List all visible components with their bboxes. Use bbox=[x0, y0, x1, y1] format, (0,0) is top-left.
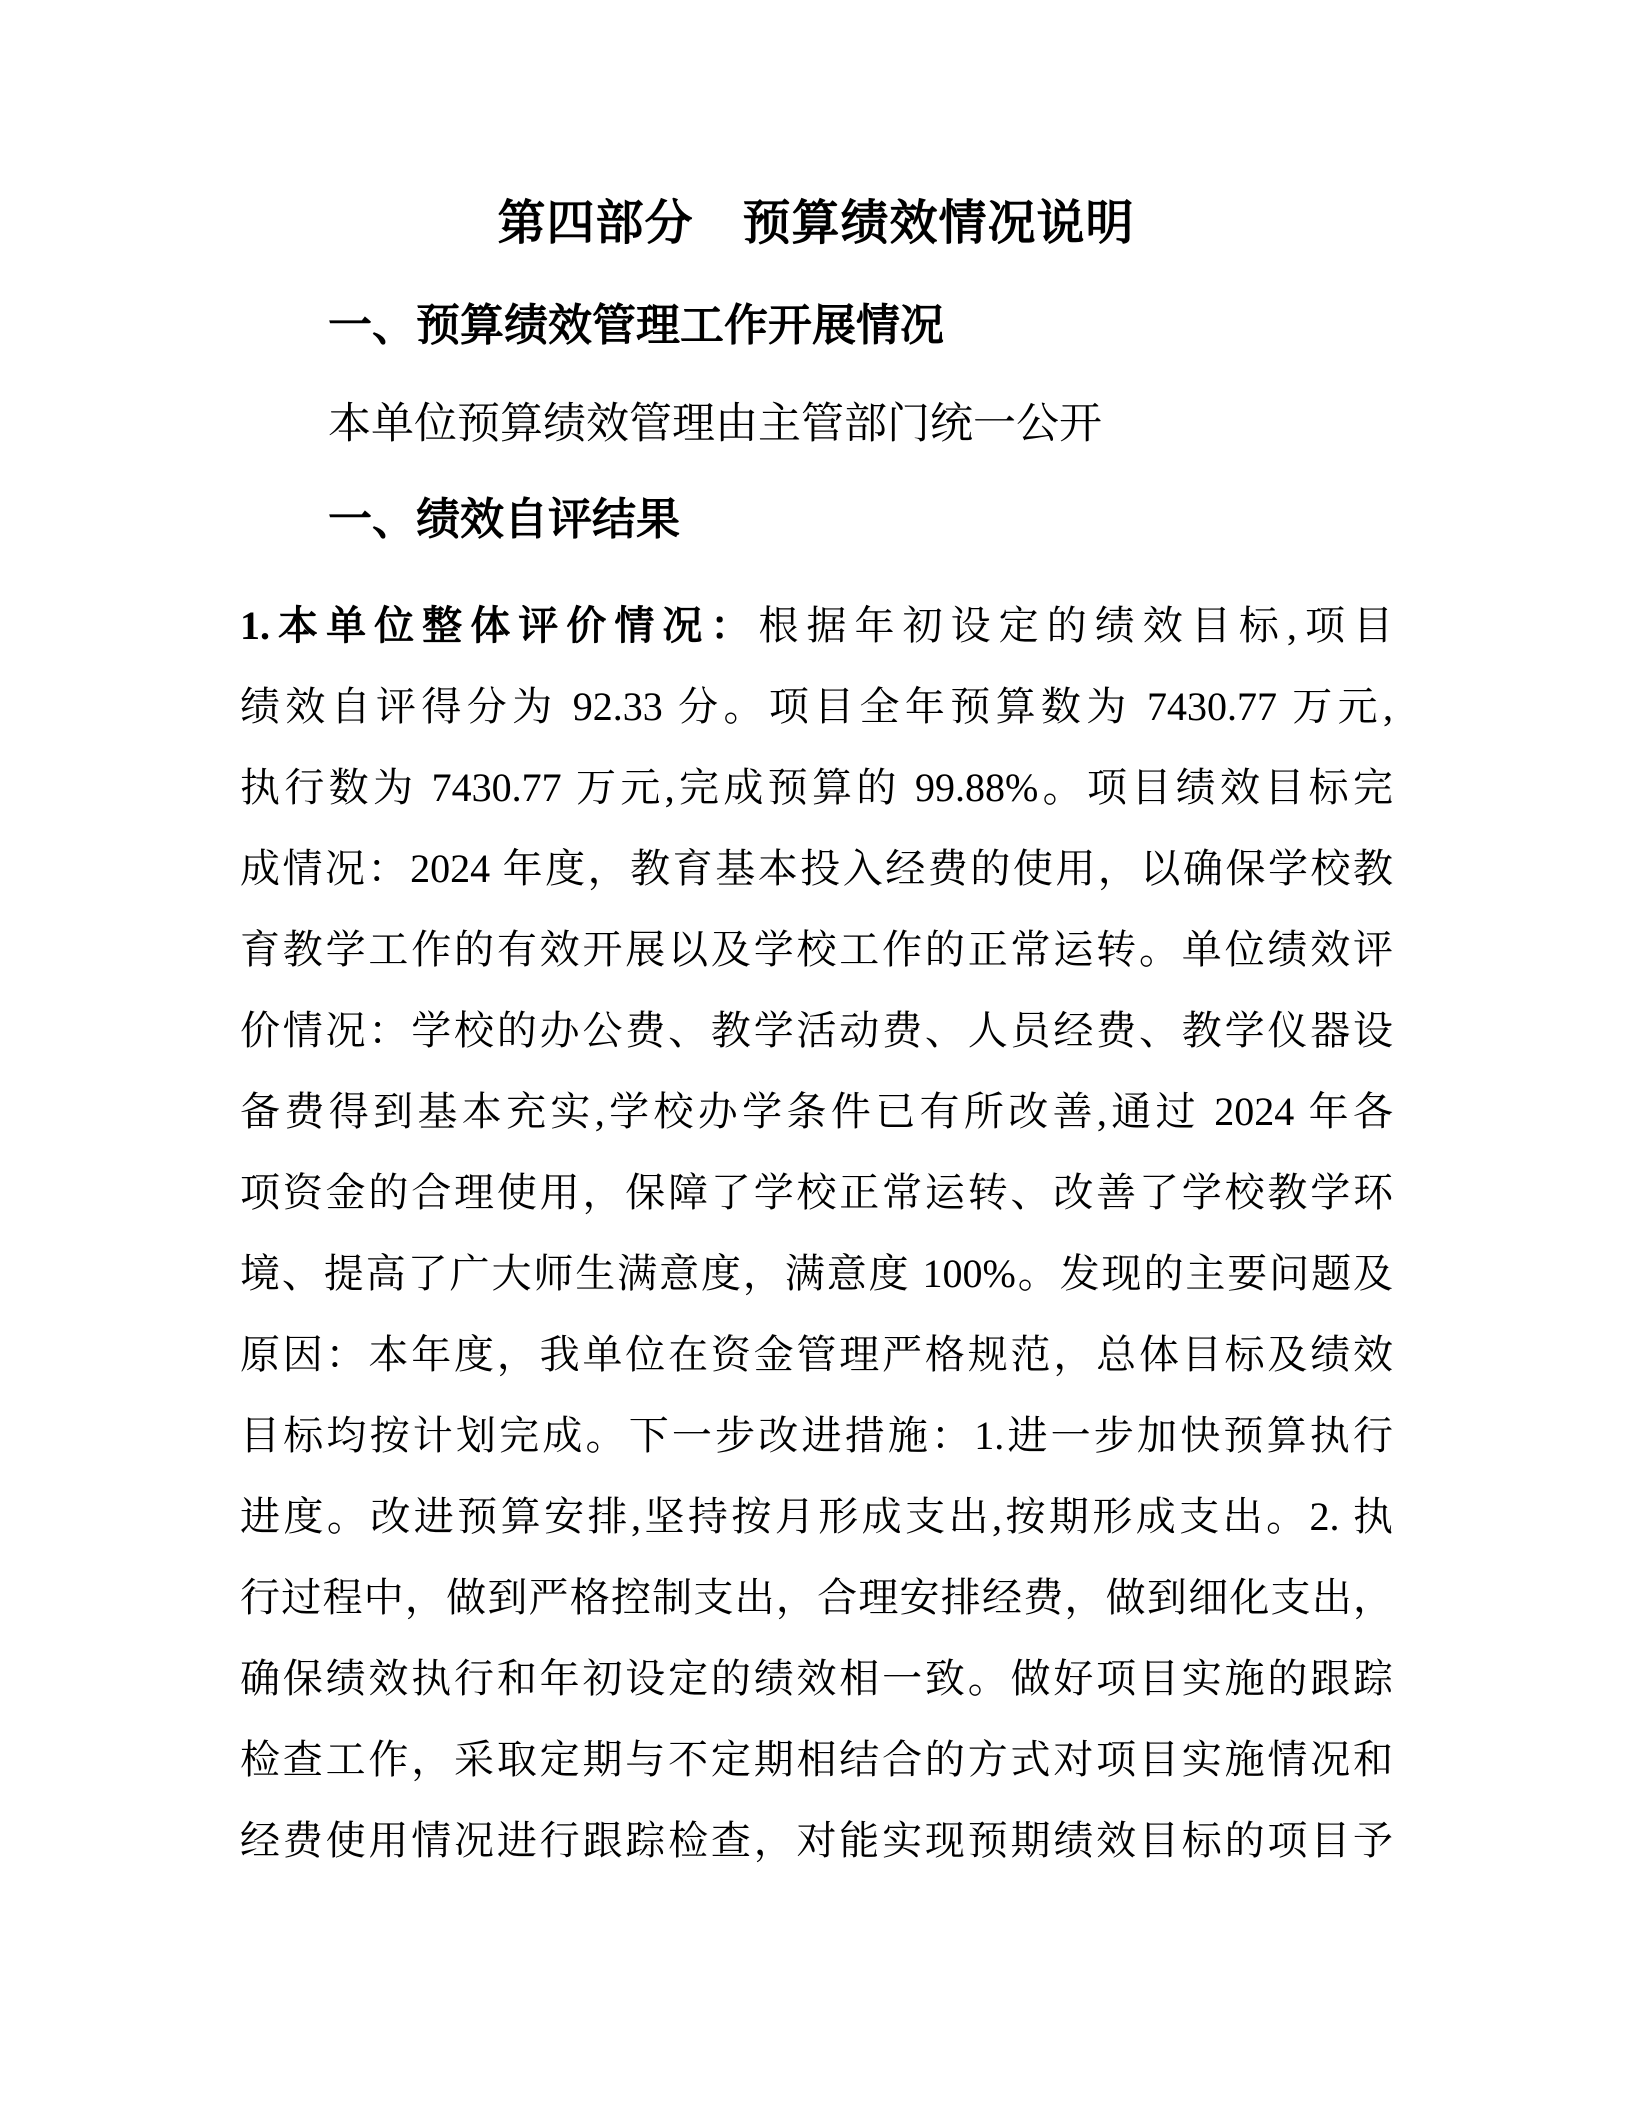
body-line: 目标均按计划完成。下一步改进措施：1.进一步加快预算执行 bbox=[240, 1395, 1393, 1476]
body-line: 项资金的合理使用，保障了学校正常运转、改善了学校教学环 bbox=[240, 1152, 1393, 1233]
document-title: 第四部分 预算绩效情况说明 bbox=[0, 196, 1632, 252]
body-line: 进度。改进预算安排,坚持按月形成支出,按期形成支出。2. 执 bbox=[240, 1476, 1393, 1557]
body-line: 育教学工作的有效开展以及学校工作的正常运转。单位绩效评 bbox=[240, 909, 1393, 990]
body-line: 确保绩效执行和年初设定的绩效相一致。做好项目实施的跟踪 bbox=[240, 1638, 1393, 1719]
body-line: 境、提高了广大师生满意度，满意度 100%。发现的主要问题及 bbox=[240, 1233, 1393, 1314]
body-line: 1.本单位整体评价情况：根据年初设定的绩效目标,项目 bbox=[240, 585, 1393, 666]
body-line: 经费使用情况进行跟踪检查，对能实现预期绩效目标的项目予 bbox=[240, 1800, 1393, 1881]
intro-paragraph: 本单位预算绩效管理由主管部门统一公开 bbox=[328, 399, 1102, 451]
body-line: 绩效自评得分为 92.33 分。项目全年预算数为 7430.77 万元, bbox=[240, 666, 1393, 747]
body-line: 执行数为 7430.77 万元,完成预算的 99.88%。项目绩效目标完 bbox=[240, 747, 1393, 828]
body-line: 价情况：学校的办公费、教学活动费、人员经费、教学仪器设 bbox=[240, 990, 1393, 1071]
body-line: 检查工作，采取定期与不定期相结合的方式对项目实施情况和 bbox=[240, 1719, 1393, 1800]
body-paragraph: 1.本单位整体评价情况：根据年初设定的绩效目标,项目绩效自评得分为 92.33 … bbox=[240, 585, 1393, 1881]
document-page: 第四部分 预算绩效情况说明 一、预算绩效管理工作开展情况 本单位预算绩效管理由主… bbox=[0, 0, 1632, 2112]
body-line: 备费得到基本充实,学校办学条件已有所改善,通过 2024 年各 bbox=[240, 1071, 1393, 1152]
paragraph-lead: 1.本单位整体评价情况： bbox=[240, 603, 758, 648]
body-line: 行过程中，做到严格控制支出，合理安排经费，做到细化支出， bbox=[240, 1557, 1393, 1638]
body-line: 原因：本年度，我单位在资金管理严格规范，总体目标及绩效 bbox=[240, 1314, 1393, 1395]
body-line-text: 根据年初设定的绩效目标,项目 bbox=[758, 603, 1393, 648]
section-heading-self-eval: 一、绩效自评结果 bbox=[328, 494, 680, 546]
section-heading-management: 一、预算绩效管理工作开展情况 bbox=[328, 300, 944, 352]
body-line: 成情况：2024 年度，教育基本投入经费的使用，以确保学校教 bbox=[240, 828, 1393, 909]
